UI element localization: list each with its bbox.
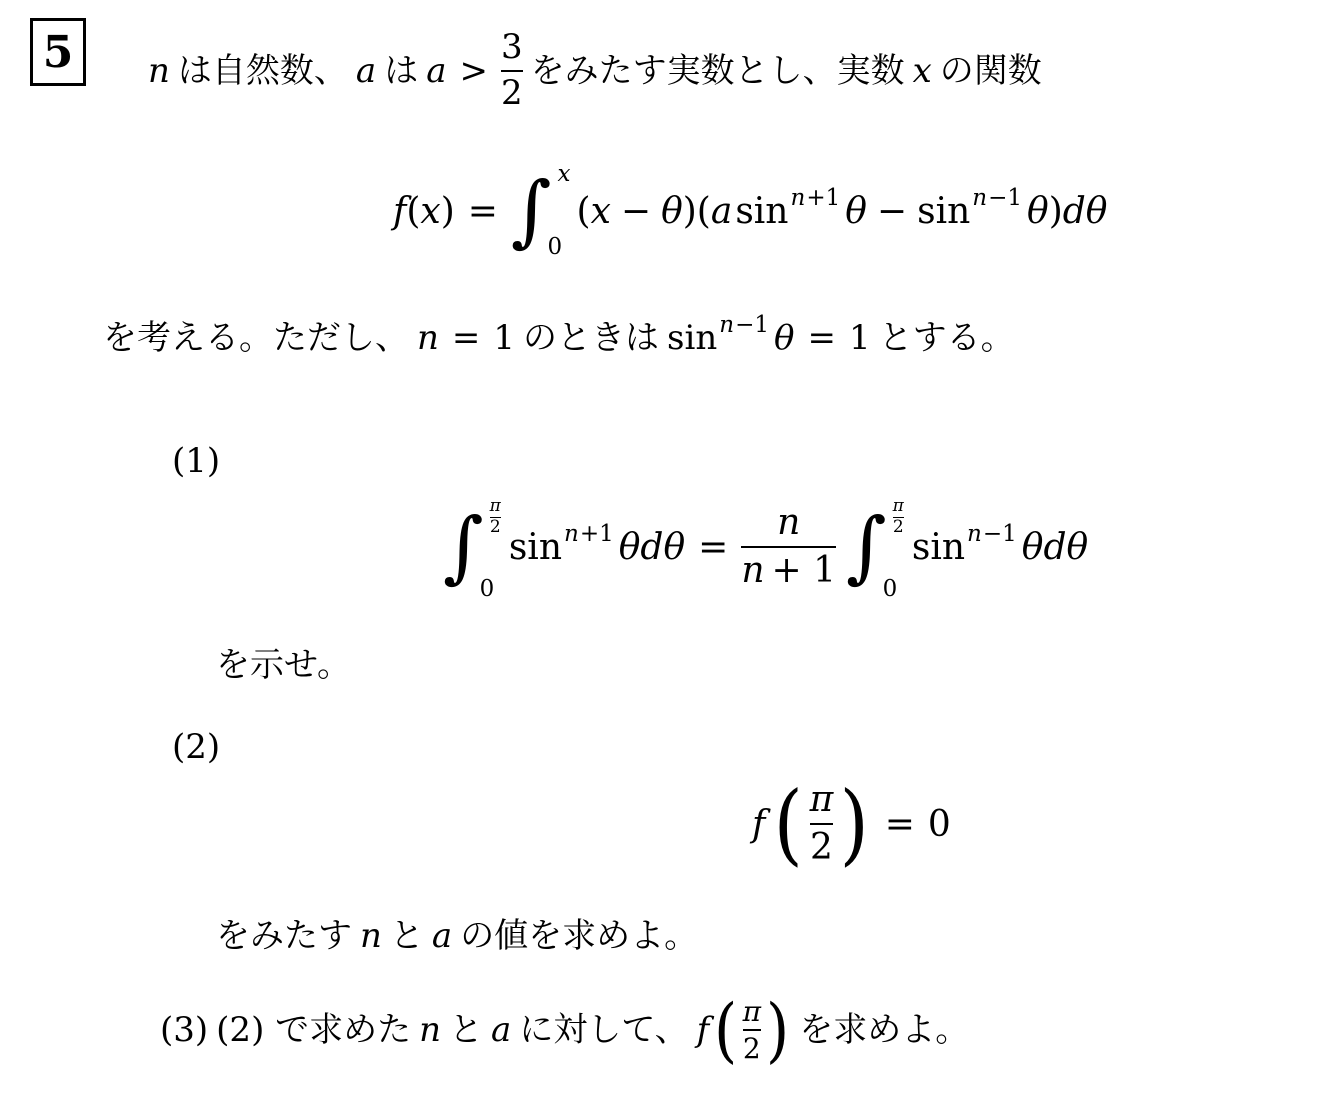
paren-close: ) <box>1049 189 1063 234</box>
exponent-tail: −1 <box>735 311 769 340</box>
exponent-n-plus-1: n +1 <box>564 520 614 549</box>
part2-formula: f ( π 2 ) = 0 <box>752 780 951 868</box>
function-f: f <box>697 1009 710 1052</box>
part3-text-4: を求めよ。 <box>799 1009 969 1052</box>
problem-number: 5 <box>43 27 74 78</box>
paren-close: ) <box>683 189 697 234</box>
fraction-n-over-n-plus-1: n n + 1 <box>741 504 836 590</box>
var-theta: θ <box>774 317 794 360</box>
part1-formula: ∫ π 2 0 sin n +1 θdθ = n <box>443 482 1088 612</box>
paren-close: ) <box>441 189 455 234</box>
number-one: 1 <box>493 317 515 360</box>
fraction-numerator: n <box>777 504 800 542</box>
integral-limits: π 2 0 <box>484 489 501 605</box>
integral-zero-to-x: ∫ x 0 <box>511 159 571 263</box>
var-x: x <box>591 189 611 234</box>
minus-sign: − <box>877 189 907 234</box>
intro-text-natural: は自然数、 <box>178 50 348 93</box>
intro-text-wa: は <box>384 50 418 93</box>
function-f: f <box>752 802 765 847</box>
var-theta: θ <box>845 189 867 234</box>
half-pi-fraction: π 2 <box>893 498 904 537</box>
problem-number-box: 5 <box>30 18 86 86</box>
sin-function: sin <box>509 525 562 570</box>
sin-function: sin <box>917 189 970 234</box>
fraction-denominator: 2 <box>501 76 523 112</box>
part2-text-1: をみたす <box>216 915 352 958</box>
mini-fraction-denominator: 2 <box>893 519 904 537</box>
consider-text-1: を考える。ただし、 <box>103 317 409 360</box>
var-x: x <box>913 50 932 93</box>
sin-power-term: sin n +1 θdθ <box>509 525 685 570</box>
exponent-n-minus-1: n −1 <box>719 311 769 340</box>
exponent-n-plus-1: n +1 <box>791 184 841 213</box>
sin-power-term: sin n −1 θdθ <box>912 525 1088 570</box>
equals-sign: = <box>808 317 837 360</box>
var-n: n <box>148 50 170 93</box>
equals-sign: = <box>698 525 728 570</box>
exponent-tail: −1 <box>988 184 1022 213</box>
math-problem-page: 5 n は自然数、 a は a > 3 2 をみたす実数とし、実数 x の関数 … <box>0 0 1320 1097</box>
mini-fraction-numerator: π <box>490 498 501 516</box>
f-of-half-pi: f ( π 2 ) <box>697 997 792 1064</box>
part2-text-3: の値を求めよ。 <box>460 915 698 958</box>
part3-text-2: と <box>449 1009 483 1052</box>
number-one: 1 <box>849 317 871 360</box>
exponent-var-n: n <box>719 311 734 340</box>
consider-text-3: とする。 <box>879 317 1015 360</box>
fraction-denominator: 2 <box>810 829 833 867</box>
paren-open: ( <box>697 189 711 234</box>
exponent-tail: +1 <box>580 520 614 549</box>
part2-label: (2) <box>172 726 220 769</box>
equals-sign: = <box>452 317 481 360</box>
integral-lower-limit: 0 <box>480 575 495 604</box>
differential-dtheta: dθ <box>1063 189 1108 234</box>
function-f: f <box>393 189 406 234</box>
var-a: a <box>426 50 446 93</box>
intro-text-real: をみたす実数とし、実数 <box>531 50 905 93</box>
part2-instruction-line: をみたす n と a の値を求めよ。 <box>216 908 698 964</box>
integral-upper-limit: π 2 <box>490 490 501 537</box>
mini-fraction-numerator: π <box>893 498 904 516</box>
sin-function: sin <box>912 525 965 570</box>
part3-text-3: に対して、 <box>519 1009 688 1052</box>
integral-upper-limit: x <box>558 160 571 189</box>
fraction-numerator: π <box>810 781 834 819</box>
integral-zero-to-half-pi: ∫ π 2 0 <box>443 489 501 605</box>
var-a: a <box>356 50 376 93</box>
fraction-bar <box>810 823 834 825</box>
var-a: a <box>491 1009 511 1052</box>
half-pi-fraction: π 2 <box>490 498 501 537</box>
definition-formula: f ( x ) = ∫ x 0 ( x − θ ) ( a sin n +1 θ… <box>393 152 1107 270</box>
fraction-bar <box>741 546 836 548</box>
part3-text-1: (2) で求めた <box>216 1009 411 1052</box>
exponent-n-minus-1: n −1 <box>972 184 1022 213</box>
fraction-pi-over-2: π 2 <box>743 997 761 1064</box>
fraction-pi-over-2: π 2 <box>810 781 834 867</box>
part3-line: (3) (2) で求めた n と a に対して、 f ( π 2 ) を求めよ。 <box>160 988 969 1072</box>
theta-dtheta: θdθ <box>619 525 685 570</box>
part2-label-line: (2) <box>172 724 220 770</box>
integral-icon: ∫ <box>443 510 484 584</box>
mini-fraction-denominator: 2 <box>490 519 501 537</box>
var-n: n <box>419 1009 441 1052</box>
var-x: x <box>420 189 440 234</box>
sin-function: sin <box>735 189 788 234</box>
integral-limits: x 0 <box>552 159 571 263</box>
consider-text-2: のときは <box>523 317 659 360</box>
part1-label-line: (1) <box>172 438 220 484</box>
sin-power-term: sin n +1 θ <box>735 189 867 234</box>
paren-open: ( <box>406 189 420 234</box>
integral-icon: ∫ <box>511 174 552 248</box>
fraction-denominator: 2 <box>743 1034 761 1063</box>
theta-dtheta: θdθ <box>1022 525 1088 570</box>
sin-power-term: sin n −1 θ <box>917 189 1049 234</box>
var-a: a <box>432 915 452 958</box>
sin-power-term: sin n −1 θ <box>667 317 794 360</box>
part1-instruction: を示せ。 <box>216 644 351 687</box>
exponent-tail: −1 <box>983 520 1017 549</box>
fraction-numerator: π <box>743 997 761 1026</box>
minus-sign: − <box>621 189 651 234</box>
intro-line: n は自然数、 a は a > 3 2 をみたす実数とし、実数 x の関数 <box>148 22 1042 120</box>
denominator-var-n: n <box>741 552 764 590</box>
integral-upper-limit: π 2 <box>893 490 904 537</box>
var-a: a <box>711 189 732 234</box>
fraction-denominator: n + 1 <box>741 552 836 590</box>
integral-zero-to-half-pi: ∫ π 2 0 <box>846 489 904 605</box>
exponent-n-minus-1: n −1 <box>967 520 1017 549</box>
exponent-var-n: n <box>791 184 806 213</box>
part3-label: (3) <box>160 1009 208 1052</box>
integral-lower-limit: 0 <box>548 233 563 262</box>
intro-text-func: の関数 <box>940 50 1042 93</box>
var-n: n <box>360 915 382 958</box>
var-theta: θ <box>1027 189 1049 234</box>
fraction-bar <box>501 70 523 72</box>
paren-open: ( <box>577 189 591 234</box>
exponent-var-n: n <box>967 520 982 549</box>
fraction-numerator: 3 <box>501 30 523 66</box>
fraction-three-halves: 3 2 <box>501 30 523 111</box>
equals-sign: = <box>885 802 915 847</box>
var-theta: θ <box>661 189 683 234</box>
part1-instruction-line: を示せ。 <box>216 640 351 690</box>
sin-function: sin <box>667 317 717 360</box>
integral-lower-limit: 0 <box>883 575 898 604</box>
integral-limits: π 2 0 <box>887 489 904 605</box>
var-n: n <box>417 317 439 360</box>
exponent-tail: +1 <box>806 184 840 213</box>
integral-icon: ∫ <box>846 510 887 584</box>
denominator-tail: + 1 <box>772 552 837 590</box>
fraction-bar <box>743 1029 761 1031</box>
number-zero: 0 <box>928 802 951 847</box>
exponent-var-n: n <box>564 520 579 549</box>
equals-sign: = <box>468 189 498 234</box>
consider-line: を考える。ただし、 n = 1 のときは sin n −1 θ = 1 とする。 <box>103 303 1015 373</box>
part2-text-2: と <box>390 915 424 958</box>
greater-than-sign: > <box>459 50 488 93</box>
exponent-var-n: n <box>972 184 987 213</box>
part1-label: (1) <box>172 440 220 483</box>
